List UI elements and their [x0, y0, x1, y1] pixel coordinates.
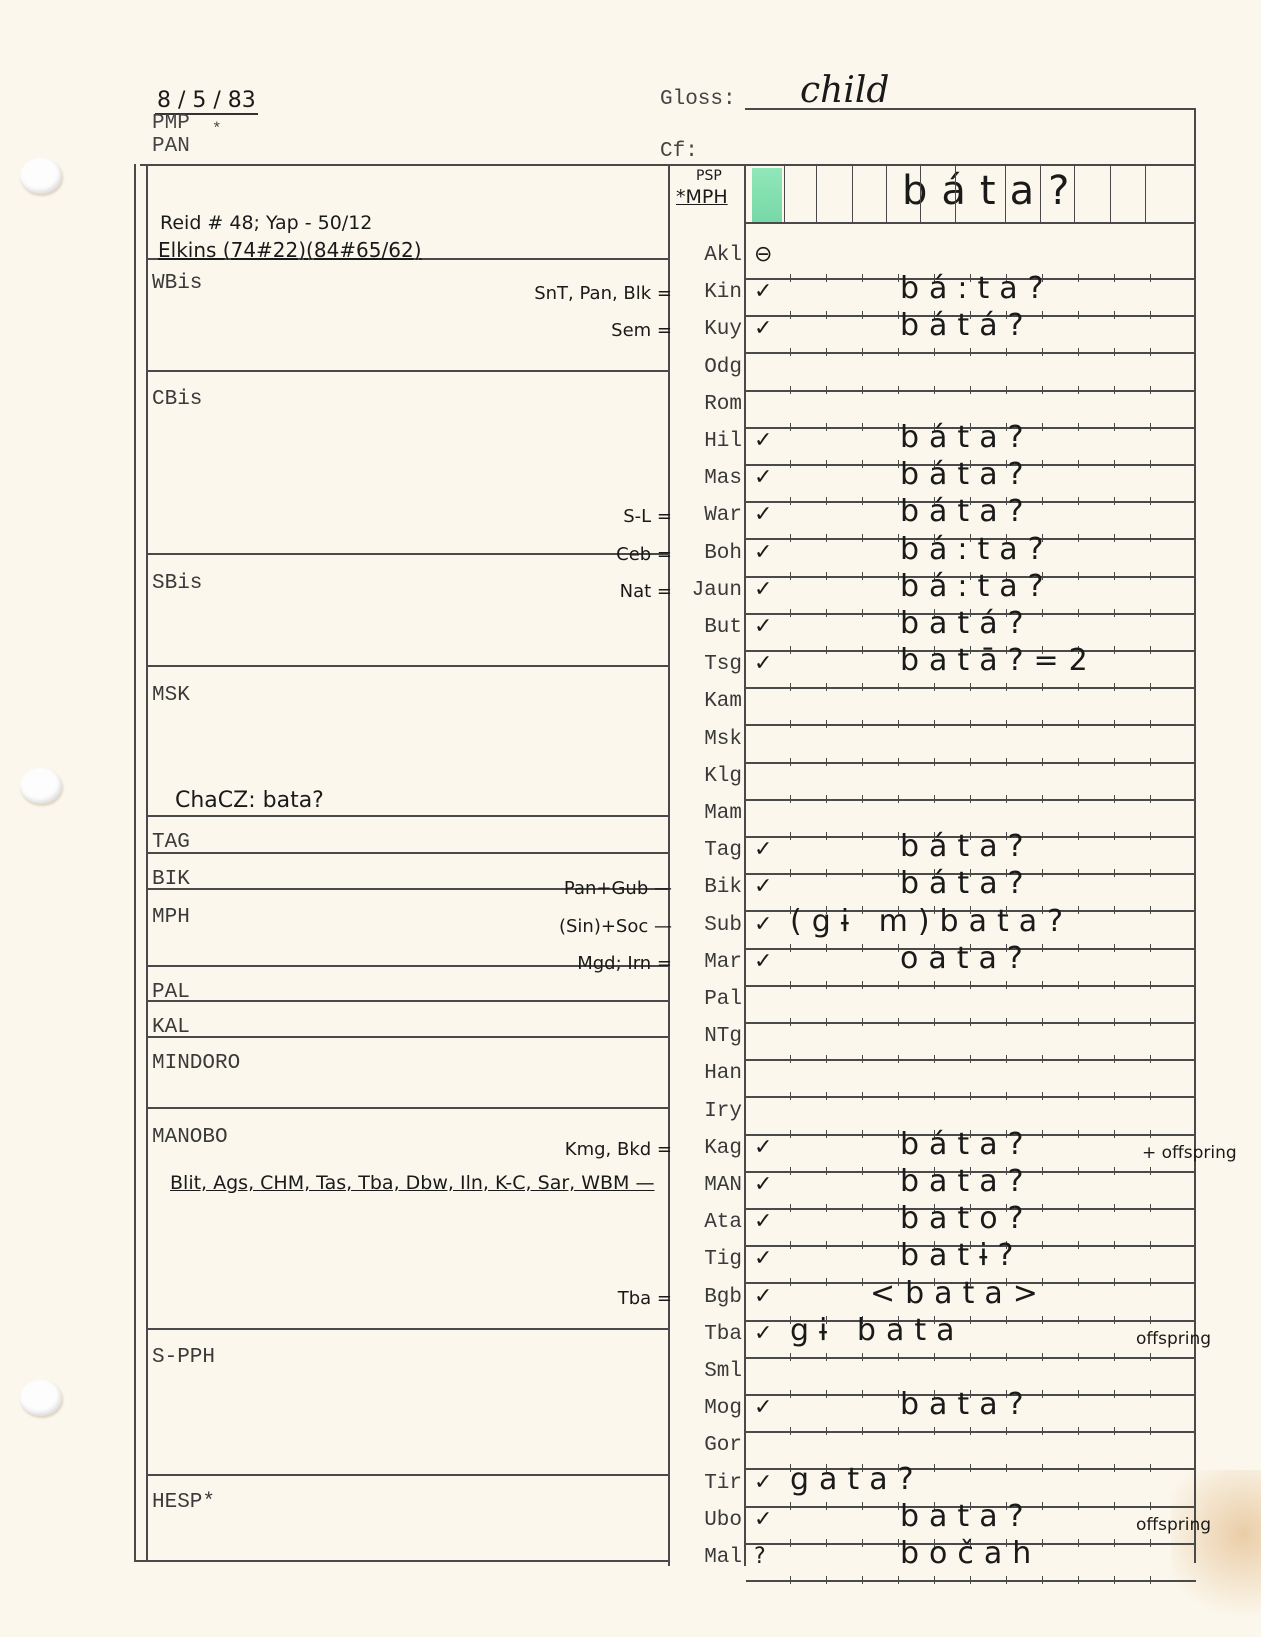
ruler-tick	[1042, 1167, 1043, 1175]
ruler-tick	[790, 386, 791, 394]
reference-note-line1: Reid # 48; Yap - 50/12	[160, 212, 372, 234]
ruler-tick	[1114, 1278, 1115, 1286]
ruler-tick	[862, 534, 863, 542]
ruler-tick	[790, 1576, 791, 1584]
ruler-tick	[898, 981, 899, 989]
ruler-tick	[1078, 572, 1079, 580]
ruler-tick	[1150, 1353, 1151, 1361]
ruler-tick	[1078, 1167, 1079, 1175]
ruler-tick	[826, 1167, 827, 1175]
ruler-tick	[1114, 497, 1115, 505]
ruler-tick	[826, 460, 827, 468]
ruler-tick	[1114, 1241, 1115, 1249]
ruler-tick	[898, 348, 899, 356]
check-mark-icon: ✓	[754, 577, 772, 602]
check-mark-icon: ✓	[754, 874, 772, 899]
ruler-tick	[1078, 683, 1079, 691]
ruler-tick	[1150, 386, 1151, 394]
ruler-tick	[1114, 609, 1115, 617]
ruler-tick	[1042, 832, 1043, 840]
language-code: Pal	[672, 988, 742, 1011]
ruler-tick	[898, 646, 899, 654]
reflex-form: bočah	[900, 1536, 1041, 1571]
ruler-tick	[1078, 869, 1079, 877]
pmp-star: *	[212, 120, 222, 138]
reflex-form: batá?	[900, 606, 1034, 641]
row-rule	[746, 1022, 1196, 1024]
ruler-tick	[1150, 1167, 1151, 1175]
ruler-tick	[1006, 981, 1007, 989]
ruler-tick	[862, 572, 863, 580]
language-code: Ata	[672, 1211, 742, 1234]
check-mark-icon: ✓	[754, 651, 772, 676]
reflex-form: bata?	[900, 1387, 1034, 1422]
ruler-tick	[826, 1018, 827, 1026]
reflex-form: báta?	[900, 829, 1034, 864]
language-code: Bgb	[672, 1286, 742, 1309]
ruler-tick	[826, 869, 827, 877]
ruler-tick	[790, 1502, 791, 1510]
ruler-tick	[1006, 348, 1007, 356]
row-rule	[746, 985, 1196, 987]
ruler-tick	[1150, 423, 1151, 431]
language-code: Mar	[672, 951, 742, 974]
proto-label-main: *MPH	[676, 186, 728, 208]
synonym-note: Tba =	[618, 1288, 672, 1309]
ruler-tick	[1150, 1316, 1151, 1324]
cell-divider	[920, 164, 921, 222]
language-code: Sml	[672, 1360, 742, 1383]
language-code: Han	[672, 1062, 742, 1085]
date: 8 / 5 / 83	[155, 88, 258, 115]
ruler-tick	[862, 1018, 863, 1026]
ruler-tick	[1042, 1539, 1043, 1547]
ruler-tick	[1114, 1055, 1115, 1063]
region-label: MINDORO	[152, 1052, 240, 1075]
synonym-note: Kmg, Bkd =	[565, 1139, 672, 1160]
ruler-tick	[826, 1130, 827, 1138]
synonym-note: Ceb =	[616, 544, 672, 565]
ruler-tick	[898, 1390, 899, 1398]
ruler-tick	[1150, 1539, 1151, 1547]
ruler-tick	[934, 1353, 935, 1361]
ruler-tick	[898, 274, 899, 282]
ruler-tick	[1114, 423, 1115, 431]
language-code: Ubo	[672, 1509, 742, 1532]
ruler-tick	[862, 869, 863, 877]
ruler-tick	[862, 683, 863, 691]
ruler-tick	[862, 1130, 863, 1138]
reflex-form: bátá?	[900, 308, 1034, 343]
ruler-tick	[826, 348, 827, 356]
ruler-tick	[1042, 1427, 1043, 1435]
ruler-tick	[790, 646, 791, 654]
ruler-tick	[1006, 1353, 1007, 1361]
cell-divider	[816, 164, 817, 222]
check-mark-icon: ✓	[754, 316, 772, 341]
gloss-note: offspring	[1136, 1329, 1211, 1349]
region-divider	[146, 665, 670, 667]
cell-divider	[852, 164, 853, 222]
ruler-tick	[826, 386, 827, 394]
ruler-tick	[1006, 1092, 1007, 1100]
language-code: Bik	[672, 876, 742, 899]
language-code: Jaun	[672, 579, 742, 602]
region-label: KAL	[152, 1016, 190, 1039]
ruler-tick	[1150, 1502, 1151, 1510]
ruler-tick	[862, 423, 863, 431]
ruler-tick	[970, 720, 971, 728]
ruler-tick	[862, 646, 863, 654]
region-divider	[146, 553, 670, 555]
cell-divider	[886, 164, 887, 222]
ruler-tick	[1114, 720, 1115, 728]
language-code: War	[672, 504, 742, 527]
ruler-tick	[826, 1502, 827, 1510]
reference-note-line2: Elkins (74#22)(84#65/62)	[158, 238, 422, 262]
ruler-tick	[1114, 981, 1115, 989]
ruler-tick	[1114, 274, 1115, 282]
green-highlight	[752, 168, 782, 222]
ruler-tick	[898, 1502, 899, 1510]
ruler-tick	[1078, 460, 1079, 468]
ruler-tick	[1042, 423, 1043, 431]
check-mark-icon: ?	[754, 1544, 766, 1569]
reflex-form: gata?	[790, 1462, 924, 1497]
reflex-form: báta?	[900, 494, 1034, 529]
reflex-form: bá:ta?	[900, 569, 1054, 604]
language-code: Tir	[672, 1472, 742, 1495]
ruler-tick	[1042, 720, 1043, 728]
reflex-form: báta?	[900, 1127, 1034, 1162]
check-mark-icon: ⊖	[754, 242, 772, 267]
ruler-tick	[934, 386, 935, 394]
check-mark-icon: ✓	[754, 949, 772, 974]
ruler-tick	[790, 795, 791, 803]
reflex-form: batā?=2	[900, 643, 1098, 678]
ruler-tick	[934, 348, 935, 356]
paper-stain	[1171, 1470, 1261, 1630]
proto-label-top: PSP	[696, 168, 722, 184]
check-mark-icon: ✓	[754, 1246, 772, 1271]
ruler-tick	[1150, 720, 1151, 728]
ruler-tick	[862, 1353, 863, 1361]
check-mark-icon: ✓	[754, 1209, 772, 1234]
ruler-tick	[1114, 386, 1115, 394]
ruler-tick	[790, 1055, 791, 1063]
ruler-tick	[898, 609, 899, 617]
ruler-tick	[1114, 1204, 1115, 1212]
ruler-tick	[1150, 1092, 1151, 1100]
ruler-tick	[1150, 869, 1151, 877]
ruler-tick	[790, 1130, 791, 1138]
ruler-tick	[1042, 1130, 1043, 1138]
ruler-tick	[1078, 906, 1079, 914]
ruler-tick	[862, 1427, 863, 1435]
ruler-tick	[1114, 1539, 1115, 1547]
ruler-tick	[1150, 646, 1151, 654]
synonym-note: SnT, Pan, Blk =	[534, 283, 672, 304]
ruler-tick	[898, 795, 899, 803]
synonym-note: Pan+Gub —	[564, 878, 672, 899]
ruler-tick	[862, 1167, 863, 1175]
ruler-tick	[1150, 1241, 1151, 1249]
region-label: PAL	[152, 981, 190, 1004]
region-divider	[146, 815, 670, 817]
ruler-tick	[826, 423, 827, 431]
region-divider	[146, 1036, 670, 1038]
gloss-note: offspring	[1136, 1515, 1211, 1535]
ruler-tick	[970, 348, 971, 356]
check-mark-icon: ✓	[754, 428, 772, 453]
ruler-tick	[1006, 386, 1007, 394]
binder-hole-top	[20, 158, 62, 194]
ruler-tick	[1006, 1576, 1007, 1584]
ruler-tick	[1042, 981, 1043, 989]
check-mark-icon: ✓	[754, 1470, 772, 1495]
ruler-tick	[790, 1539, 791, 1547]
ruler-tick	[790, 1390, 791, 1398]
synonym-note: S-L =	[623, 506, 672, 527]
ruler-tick	[1078, 1576, 1079, 1584]
ruler-tick	[826, 1427, 827, 1435]
ruler-tick	[898, 386, 899, 394]
region-label: HESP*	[152, 1491, 215, 1514]
ruler-tick	[790, 1353, 791, 1361]
row-rule	[746, 1357, 1196, 1359]
ruler-tick	[790, 832, 791, 840]
ruler-tick	[1006, 683, 1007, 691]
ruler-tick	[826, 311, 827, 319]
ruler-tick	[1042, 944, 1043, 952]
ruler-tick	[934, 720, 935, 728]
ruler-tick	[826, 795, 827, 803]
ruler-tick	[898, 1204, 899, 1212]
ruler-tick	[970, 1576, 971, 1584]
ruler-tick	[1078, 1278, 1079, 1286]
ruler-tick	[826, 1353, 827, 1361]
ruler-tick	[898, 1092, 899, 1100]
ruler-tick	[1078, 1390, 1079, 1398]
ruler-tick	[1078, 1055, 1079, 1063]
region-label: BIK	[152, 868, 190, 891]
ruler-tick	[862, 460, 863, 468]
ruler-tick	[970, 1464, 971, 1472]
check-mark-icon: ✓	[754, 1395, 772, 1420]
cell-divider	[955, 164, 956, 222]
ruler-tick	[1078, 1427, 1079, 1435]
ruler-tick	[790, 944, 791, 952]
ruler-tick	[1042, 1204, 1043, 1212]
ruler-tick	[934, 1427, 935, 1435]
ruler-tick	[1150, 497, 1151, 505]
region-label: S-PPH	[152, 1346, 215, 1369]
ruler-tick	[1078, 944, 1079, 952]
ruler-tick	[1042, 1316, 1043, 1324]
frame-left-outer	[134, 164, 136, 1562]
ruler-tick	[862, 1241, 863, 1249]
frame-bottom	[134, 1560, 670, 1562]
region-label: WBis	[152, 272, 202, 295]
language-code: MAN	[672, 1174, 742, 1197]
ruler-tick	[862, 832, 863, 840]
ruler-tick	[970, 1018, 971, 1026]
ruler-tick	[1042, 1092, 1043, 1100]
ruler-tick	[1150, 758, 1151, 766]
ruler-tick	[1078, 758, 1079, 766]
ruler-tick	[898, 758, 899, 766]
ruler-tick	[1114, 1018, 1115, 1026]
ruler-tick	[970, 981, 971, 989]
ruler-tick	[1042, 311, 1043, 319]
ruler-tick	[862, 609, 863, 617]
reflex-form: (gɨ m)bata?	[790, 904, 1073, 939]
ruler-tick	[790, 311, 791, 319]
ruler-tick	[898, 683, 899, 691]
ruler-tick	[1078, 348, 1079, 356]
ruler-tick	[970, 1353, 971, 1361]
ruler-tick	[1042, 1055, 1043, 1063]
region-divider	[146, 1328, 670, 1330]
ruler-tick	[1150, 1576, 1151, 1584]
region-label: MANOBO	[152, 1126, 228, 1149]
ruler-tick	[826, 274, 827, 282]
language-code: Tig	[672, 1248, 742, 1271]
language-code: Msk	[672, 728, 742, 751]
language-code: Boh	[672, 542, 742, 565]
ruler-tick	[898, 1130, 899, 1138]
ruler-tick	[898, 534, 899, 542]
ruler-tick	[1150, 1130, 1151, 1138]
ruler-tick	[1078, 1241, 1079, 1249]
ruler-tick	[970, 1316, 971, 1324]
ruler-tick	[1150, 460, 1151, 468]
ruler-tick	[1042, 348, 1043, 356]
ruler-tick	[1078, 1018, 1079, 1026]
synonym-note: Nat =	[620, 581, 672, 602]
ruler-tick	[826, 981, 827, 989]
language-code: Hil	[672, 430, 742, 453]
ruler-tick	[1078, 981, 1079, 989]
ruler-tick	[934, 758, 935, 766]
ruler-tick	[1150, 274, 1151, 282]
ruler-tick	[1150, 944, 1151, 952]
cell-divider	[1040, 164, 1041, 222]
ruler-tick	[826, 1390, 827, 1398]
row-rule	[746, 724, 1196, 726]
check-mark-icon: ✓	[754, 1135, 772, 1160]
manobo-note: Blit, Ags, CHM, Tas, Tba, Dbw, Iln, K-C,…	[170, 1172, 654, 1194]
ruler-tick	[1078, 1092, 1079, 1100]
ruler-tick	[898, 1539, 899, 1547]
ruler-tick	[1150, 348, 1151, 356]
ruler-tick	[1078, 423, 1079, 431]
ruler-tick	[898, 869, 899, 877]
frame-mid	[668, 164, 670, 1566]
ruler-tick	[790, 869, 791, 877]
ruler-tick	[826, 944, 827, 952]
ruler-tick	[1078, 1316, 1079, 1324]
ruler-tick	[1078, 534, 1079, 542]
ruler-tick	[1150, 906, 1151, 914]
ruler-tick	[898, 1576, 899, 1584]
ruler-tick	[826, 758, 827, 766]
ruler-tick	[1006, 758, 1007, 766]
check-mark-icon: ✓	[754, 1284, 772, 1309]
ruler-tick	[1042, 609, 1043, 617]
ruler-tick	[1114, 534, 1115, 542]
ruler-tick	[1006, 1018, 1007, 1026]
ruler-tick	[790, 1204, 791, 1212]
ruler-tick	[1150, 683, 1151, 691]
ruler-tick	[1114, 906, 1115, 914]
ruler-tick	[1114, 1390, 1115, 1398]
row-rule	[746, 1431, 1196, 1433]
ruler-tick	[862, 1390, 863, 1398]
ruler-tick	[1114, 348, 1115, 356]
ruler-tick	[934, 1092, 935, 1100]
ruler-tick	[1114, 683, 1115, 691]
check-mark-icon: ✓	[754, 540, 772, 565]
language-code: NTg	[672, 1025, 742, 1048]
ruler-tick	[1150, 1055, 1151, 1063]
ruler-tick	[1078, 1502, 1079, 1510]
ruler-tick	[898, 460, 899, 468]
ruler-tick	[1114, 795, 1115, 803]
ruler-tick	[1042, 1390, 1043, 1398]
ruler-tick	[970, 1427, 971, 1435]
ruler-tick	[1042, 1464, 1043, 1472]
language-code: Iry	[672, 1100, 742, 1123]
ruler-tick	[790, 423, 791, 431]
row-rule	[746, 352, 1196, 354]
ruler-tick	[898, 423, 899, 431]
ruler-tick	[1150, 832, 1151, 840]
reflex-form: oata?	[900, 941, 1033, 976]
synonym-note: Sem =	[611, 320, 672, 341]
region-label: MSK	[152, 684, 190, 707]
row-rule	[746, 799, 1196, 801]
ruler-tick	[1150, 1390, 1151, 1398]
row-rule	[746, 1059, 1196, 1061]
gloss-value: child	[800, 70, 889, 111]
ruler-tick	[898, 572, 899, 580]
ruler-tick	[898, 944, 899, 952]
ruler-tick	[790, 1241, 791, 1249]
cf-label: Cf:	[660, 140, 698, 163]
ruler-tick	[1042, 386, 1043, 394]
ruler-tick	[1042, 1018, 1043, 1026]
cell-divider	[1074, 164, 1075, 222]
ruler-tick	[1150, 572, 1151, 580]
ruler-tick	[790, 497, 791, 505]
ruler-tick	[934, 981, 935, 989]
ruler-tick	[970, 1092, 971, 1100]
language-code: Klg	[672, 765, 742, 788]
ruler-tick	[1078, 609, 1079, 617]
ruler-tick	[862, 720, 863, 728]
ruler-tick	[826, 1241, 827, 1249]
ruler-tick	[1150, 609, 1151, 617]
ruler-tick	[970, 683, 971, 691]
ruler-tick	[1114, 1167, 1115, 1175]
ruler-tick	[862, 758, 863, 766]
reflex-form: bata?	[900, 1499, 1034, 1534]
ruler-tick	[1150, 795, 1151, 803]
region-divider	[146, 1000, 670, 1002]
reflex-form: báta?	[900, 420, 1034, 455]
region-label: MPH	[152, 906, 190, 929]
